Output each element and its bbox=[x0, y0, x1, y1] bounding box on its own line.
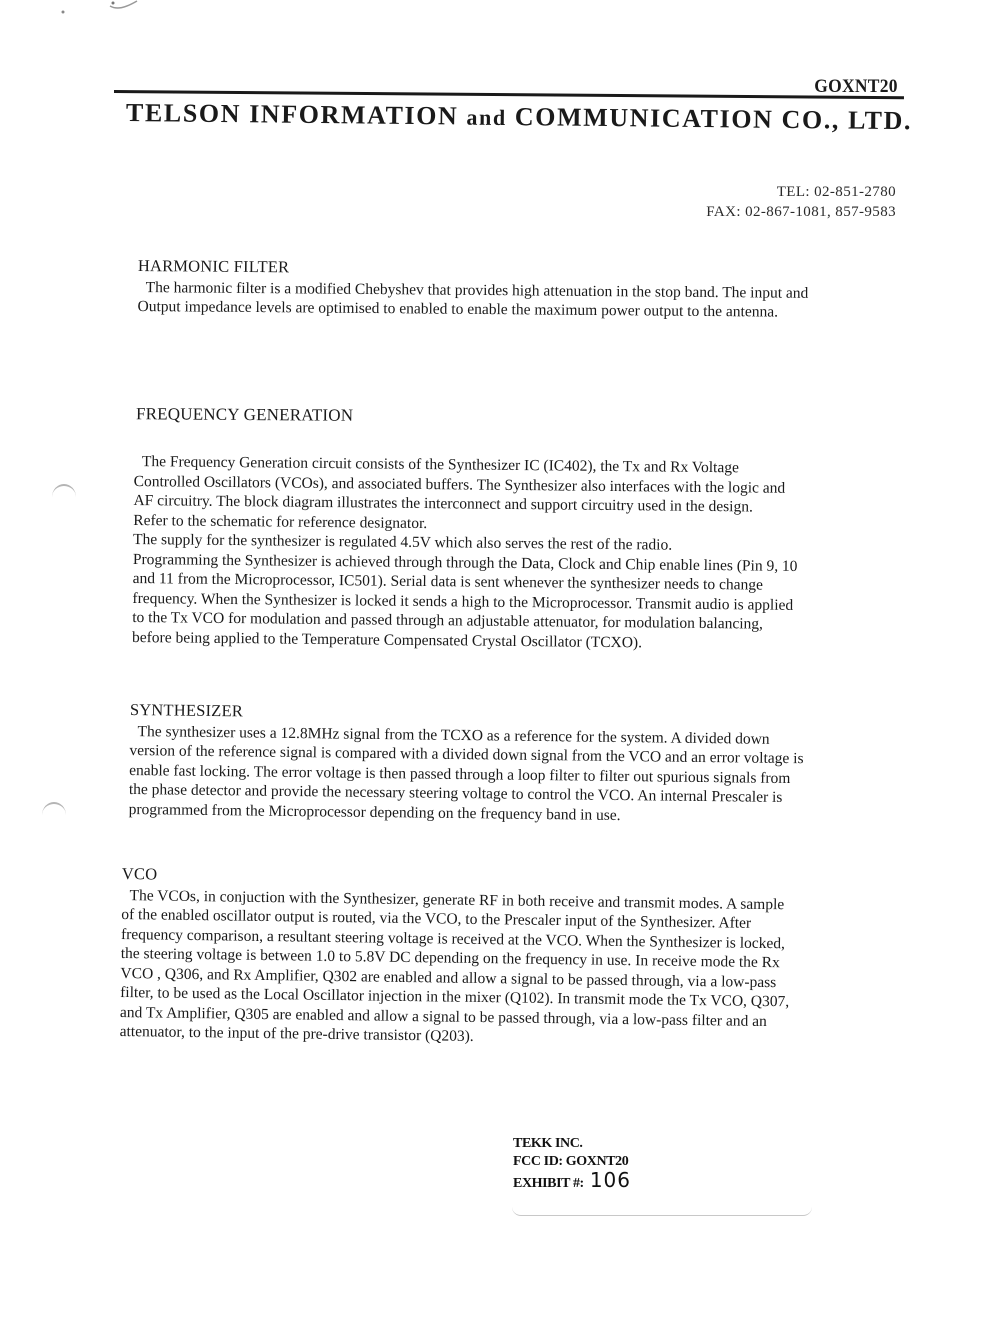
company-name-part: COMMUNICATION CO., LTD. bbox=[507, 102, 913, 135]
telephone: TEL: 02-851-2780 bbox=[706, 182, 896, 202]
exhibit-number: 106 bbox=[590, 1168, 631, 1192]
stamp-exhibit: EXHIBIT #:106 bbox=[513, 1171, 631, 1193]
stamp-underline bbox=[512, 1207, 812, 1216]
section-harmonic-filter: HARMONIC FILTER The harmonic filter is a… bbox=[137, 256, 889, 323]
exhibit-label: EXHIBIT #: bbox=[513, 1176, 584, 1191]
section-title: FREQUENCY GENERATION bbox=[136, 404, 353, 426]
section-body: The harmonic filter is a modified Chebys… bbox=[137, 277, 889, 323]
contact-info: TEL: 02-851-2780 FAX: 02-867-1081, 857-9… bbox=[706, 182, 896, 222]
stamp-company: TEKK INC. bbox=[513, 1135, 631, 1153]
section-body: The synthesizer uses a 12.8MHz signal fr… bbox=[129, 721, 882, 828]
company-name-part: and bbox=[466, 105, 507, 130]
punch-hole-mark bbox=[52, 484, 76, 510]
section-body: The Frequency Generation circuit consist… bbox=[132, 452, 886, 655]
scan-scribble-mark bbox=[55, 0, 145, 20]
section-frequency-generation: The Frequency Generation circuit consist… bbox=[132, 452, 886, 655]
company-name: TELSON INFORMATION and COMMUNICATION CO.… bbox=[126, 98, 912, 136]
header-rule bbox=[114, 90, 904, 99]
section-body: The VCOs, in conjuction with the Synthes… bbox=[120, 885, 874, 1051]
punch-hole-mark bbox=[42, 802, 66, 828]
fax: FAX: 02-867-1081, 857-9583 bbox=[706, 202, 896, 222]
company-name-part: TELSON INFORMATION bbox=[126, 98, 467, 131]
section-synthesizer: SYNTHESIZER The synthesizer uses a 12.8M… bbox=[129, 700, 882, 828]
exhibit-stamp: TEKK INC. FCC ID: GOXNT20 EXHIBIT #:106 bbox=[513, 1135, 631, 1193]
section-vco: VCO The VCOs, in conjuction with the Syn… bbox=[120, 864, 874, 1052]
